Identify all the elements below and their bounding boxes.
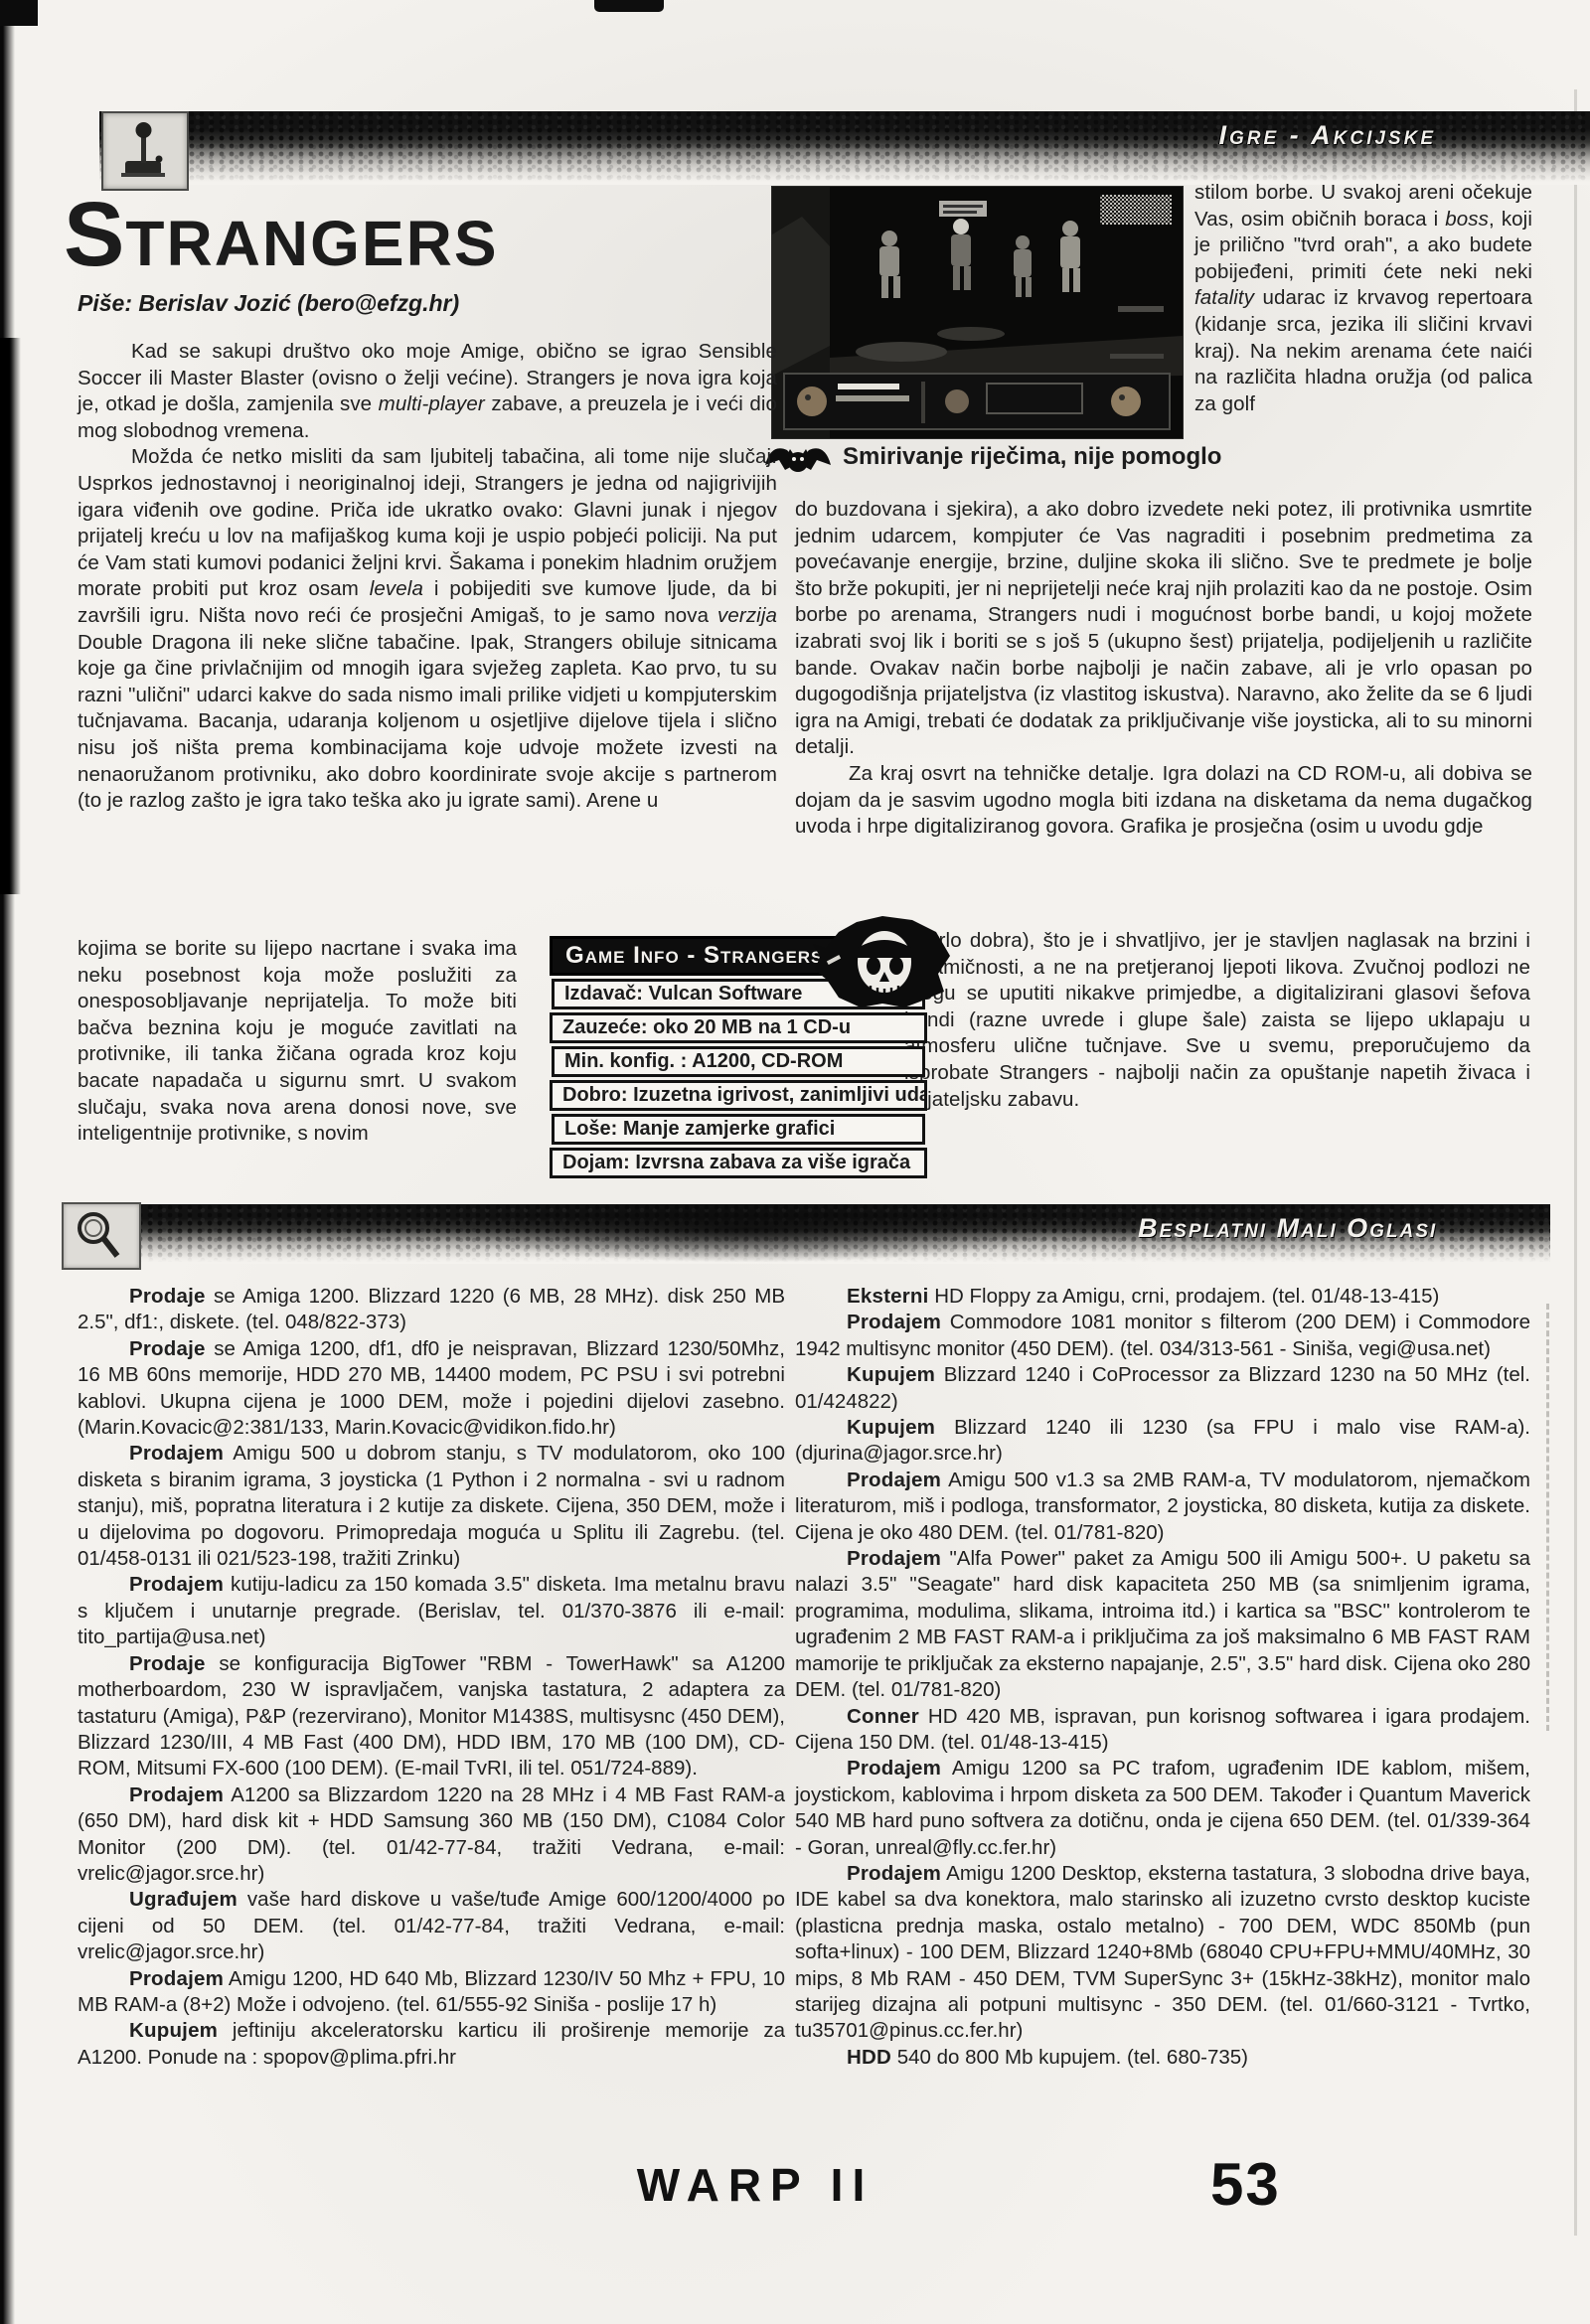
classified-ad: Prodajem kutiju-ladicu za 150 komada 3.5…: [78, 1572, 785, 1650]
ad-lead-word: Ugrađujem: [129, 1888, 238, 1911]
title-initial: S: [64, 184, 125, 285]
ad-lead-word: Kupujem: [847, 1416, 935, 1439]
classified-ad: Prodaje se konfiguracija BigTower "RBM -…: [78, 1651, 785, 1782]
ad-lead-word: Prodajem: [847, 1757, 941, 1780]
classifieds-column-right: Eksterni HD Floppy za Amigu, crni, proda…: [795, 1284, 1530, 2071]
classifieds-title: Besplatni Mali Oglasi: [1138, 1213, 1437, 1244]
article-paragraph: do buzdovana i sjekira), a ako dobro izv…: [795, 497, 1532, 761]
classified-ad: Prodajem Amigu 500 v1.3 sa 2MB RAM-a, TV…: [795, 1468, 1530, 1546]
classified-ad: Conner HD 420 MB, ispravan, pun korisnog…: [795, 1704, 1530, 1757]
article-paragraph: stilom borbe. U svakoj areni očekuje Vas…: [1194, 180, 1532, 417]
screenshot-caption: Smirivanje riječima, nije pomoglo: [843, 443, 1221, 471]
classified-ad: Prodajem Amigu 1200 sa PC trafom, ugrađe…: [795, 1756, 1530, 1861]
magazine-page: Igre - Akcijske Strangers Piše: Berislav…: [0, 0, 1590, 2324]
article-paragraph: je vrlo dobra), što je i shvatljivo, jer…: [904, 928, 1530, 1113]
ad-lead-word: Prodajem: [129, 1967, 224, 1990]
game-screenshot: [772, 187, 1183, 438]
game-info-row: Dobro: Izuzetna igrivost, zanimljivi uda…: [550, 1080, 927, 1111]
classified-ad: HDD 540 do 800 Mb kupujem. (tel. 680-735…: [795, 2045, 1530, 2071]
ad-lead-word: Prodajem: [847, 1469, 941, 1491]
game-info-row: Dojam: Izvrsna zabava za više igrača: [550, 1148, 927, 1178]
classified-ad: Eksterni HD Floppy za Amigu, crni, proda…: [795, 1284, 1530, 1310]
section-category-label: Igre - Akcijske: [1218, 120, 1436, 151]
byline: Piše: Berislav Jozić (bero@efzg.hr): [78, 290, 459, 317]
classified-ad: Prodaje se Amiga 1200. Blizzard 1220 (6 …: [78, 1284, 785, 1336]
ad-lead-word: Prodaje: [129, 1652, 206, 1675]
classified-ad: Kupujem Blizzard 1240 ili 1230 (sa FPU i…: [795, 1415, 1530, 1468]
ad-lead-word: Prodajem: [847, 1547, 941, 1570]
article-paragraph: kojima se borite su lijepo nacrtane i sv…: [78, 936, 517, 1148]
scan-artifact-dashes: [1546, 1304, 1549, 1731]
magazine-logo: WARP II: [596, 2158, 914, 2212]
article-paragraph: Kad se sakupi društvo oko moje Amige, ob…: [78, 339, 777, 444]
ad-lead-word: Prodaje: [129, 1285, 206, 1308]
ad-lead-word: Prodajem: [847, 1311, 941, 1333]
classified-ad: Kupujem Blizzard 1240 i CoProcessor za B…: [795, 1362, 1530, 1415]
ad-lead-word: HDD: [847, 2046, 891, 2069]
ad-lead-word: Prodajem: [129, 1442, 224, 1465]
classified-ad: Prodajem A1200 sa Blizzardom 1220 na 28 …: [78, 1782, 785, 1888]
article-column-right-narrow: stilom borbe. U svakoj areni očekuje Vas…: [1194, 180, 1532, 417]
article-column-right-bottom: je vrlo dobra), što je i shvatljivo, jer…: [904, 928, 1530, 1113]
page-title: Strangers: [64, 189, 499, 280]
article-paragraph: Za kraj osvrt na tehničke detalje. Igra …: [795, 761, 1532, 841]
game-info-row: Zauzeće: oko 20 MB na 1 CD-u: [550, 1012, 927, 1043]
scan-artifact-right-edge: [1574, 89, 1577, 2236]
ad-lead-word: Conner: [847, 1705, 919, 1728]
ad-lead-word: Eksterni: [847, 1285, 929, 1308]
classified-ad: Ugrađujem vaše hard diskove u vaše/tuđe …: [78, 1887, 785, 1965]
article-paragraph: Možda će netko misliti da sam ljubitelj …: [78, 444, 777, 814]
classified-ad: Prodajem Commodore 1081 monitor s filter…: [795, 1310, 1530, 1362]
ad-lead-word: Kupujem: [129, 2019, 218, 2042]
magnifier-icon: [62, 1202, 141, 1270]
article-column-left: Kad se sakupi društvo oko moje Amige, ob…: [78, 339, 777, 815]
page-number: 53: [1210, 2150, 1281, 2219]
ad-lead-word: Kupujem: [847, 1363, 935, 1386]
classifieds-column-left: Prodaje se Amiga 1200. Blizzard 1220 (6 …: [78, 1284, 785, 2071]
classified-ad: Kupujem jeftiniju akceleratorsku karticu…: [78, 2018, 785, 2071]
game-info-row: Loše: Manje zamjerke grafici: [552, 1114, 925, 1145]
joystick-icon: [101, 111, 189, 191]
scan-artifact-left-edge-dark: [0, 338, 21, 894]
ad-lead-word: Prodaje: [129, 1337, 206, 1360]
classified-ad: Prodaje se Amiga 1200, df1, df0 je neisp…: [78, 1336, 785, 1442]
classified-ad: Prodajem "Alfa Power" paket za Amigu 500…: [795, 1546, 1530, 1703]
game-info-row: Min. konfig. : A1200, CD-ROM: [552, 1046, 925, 1077]
article-column-left-bottom: kojima se borite su lijepo nacrtane i sv…: [78, 936, 517, 1148]
scan-artifact-top-mark: [594, 0, 664, 12]
ad-lead-word: Prodajem: [847, 1862, 941, 1885]
ad-lead-word: Prodajem: [129, 1783, 224, 1806]
classified-ad: Prodajem Amigu 1200, HD 640 Mb, Blizzard…: [78, 1966, 785, 2019]
classified-ad: Prodajem Amigu 500 u dobrom stanju, s TV…: [78, 1441, 785, 1572]
classified-ad: Prodajem Amigu 1200 Desktop, eksterna ta…: [795, 1861, 1530, 2045]
ad-lead-word: Prodajem: [129, 1573, 224, 1596]
scan-artifact-top-notch: [0, 0, 38, 26]
title-rest: trangers: [125, 208, 498, 279]
skull-logo-icon: [813, 914, 952, 1009]
article-column-right-wide: do buzdovana i sjekira), a ako dobro izv…: [795, 497, 1532, 841]
